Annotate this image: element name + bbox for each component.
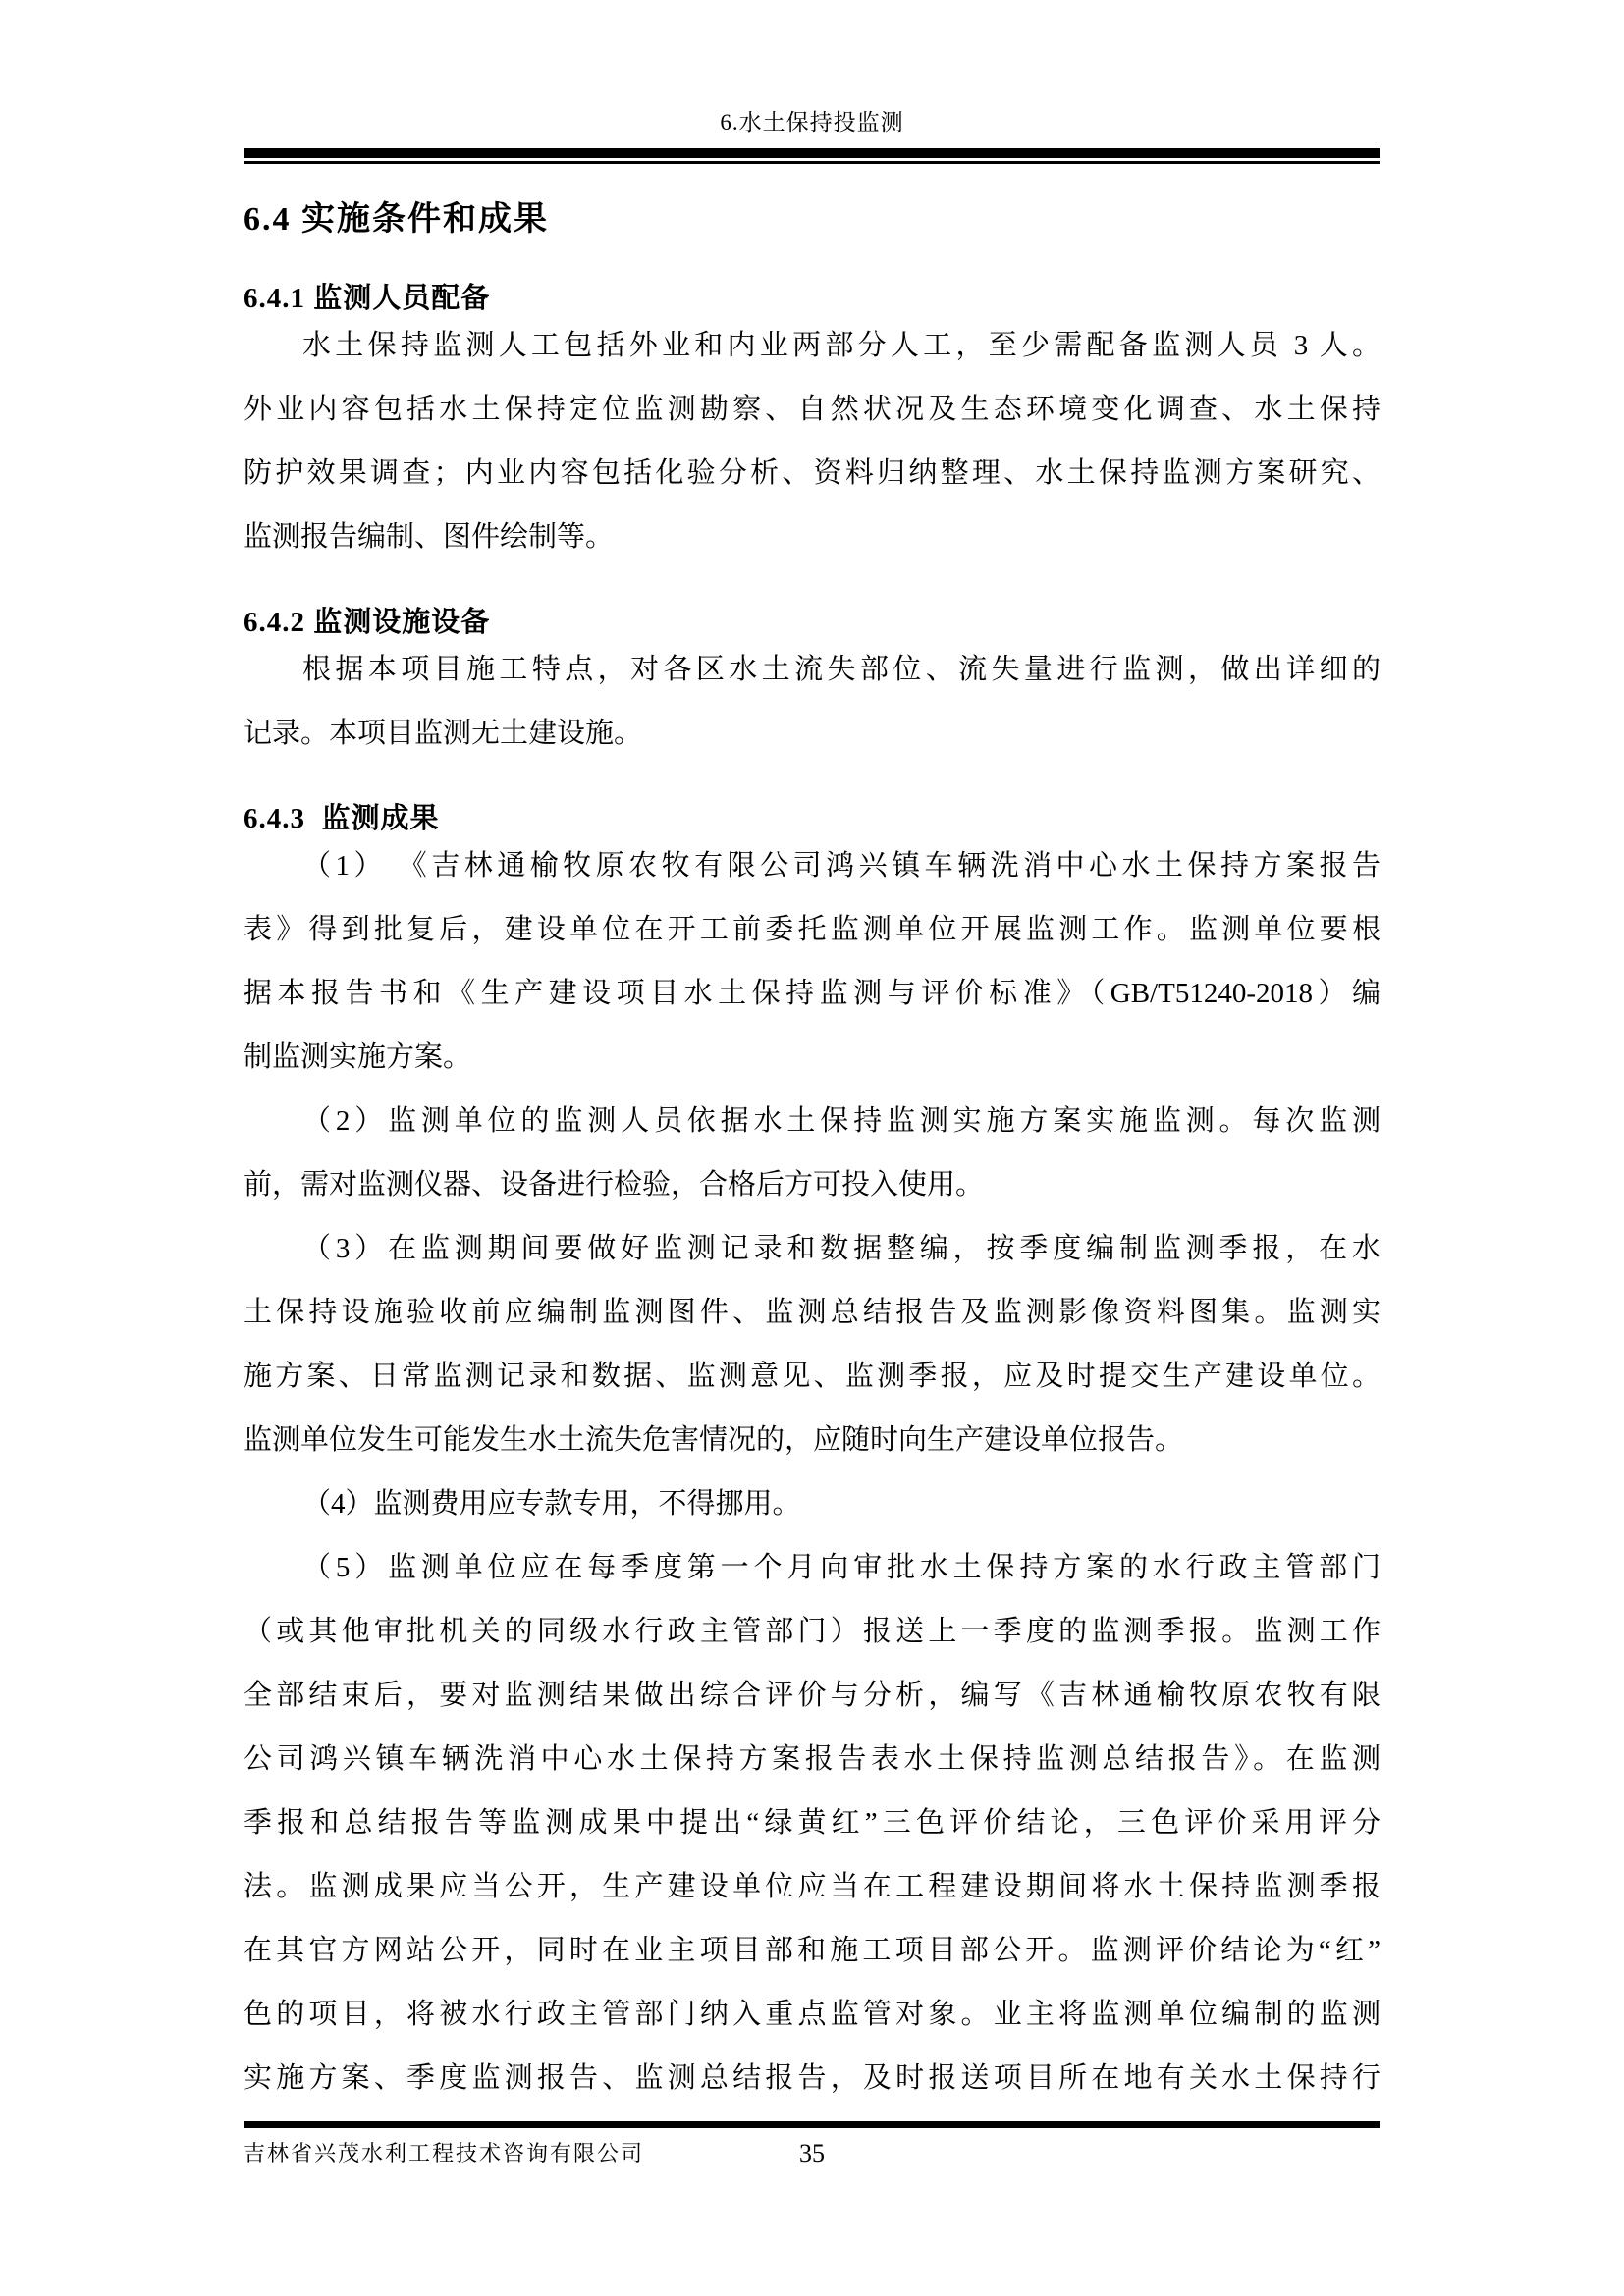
section-heading: 6.4.3 监测成果 [244,800,1380,837]
body-line: （2）监测单位的监测人员依据水土保持监测实施方案实施监测。每次监测 [244,1102,1380,1166]
body-line: 土保持设施验收前应编制监测图件、监测总结报告及监测影像资料图集。监测实 [244,1294,1380,1358]
paragraph: 根据本项目施工特点，对各区水土流失部位、流失量进行监测，做出详细的记录。本项目监… [244,651,1380,778]
body-line: 记录。本项目监测无土建设施。 [244,715,1380,778]
body-line: 监测报告编制、图件绘制等。 [244,518,1380,582]
page-footer: 吉林省兴茂水利工程技术咨询有限公司 35 [244,2137,1380,2170]
body-line: 根据本项目施工特点，对各区水土流失部位、流失量进行监测，做出详细的 [244,651,1380,715]
body-line: 防护效果调查；内业内容包括化验分析、资料归纳整理、水土保持监测方案研究、 [244,454,1380,518]
body-line: （3）在监测期间要做好监测记录和数据整编，按季度编制监测季报，在水 [244,1230,1380,1294]
body-line: （1） 《吉林通榆牧原农牧有限公司鸿兴镇车辆洗消中心水土保持方案报告 [244,847,1380,911]
header-rule-thick [244,148,1380,158]
body-line: 据本报告书和《生产建设项目水土保持监测与评价标准》（GB/T51240-2018… [244,975,1380,1039]
header-rule-thin [244,161,1380,164]
footer-page-number: 35 [244,2137,1380,2170]
section-heading: 6.4.1 监测人员配备 [244,280,1380,317]
body-line: 全部结束后，要对监测结果做出综合评价与分析，编写《吉林通榆牧原农牧有限 [244,1677,1380,1740]
section-title: 6.4 实施条件和成果 [244,199,1380,240]
body-line: 法。监测成果应当公开，生产建设单位应当在工程建设期间将水土保持监测季报 [244,1868,1380,1932]
sections-container: 6.4.1 监测人员配备水土保持监测人工包括外业和内业两部分人工，至少需配备监测… [244,280,1380,2123]
document-page: 6.水土保持投监测 6.4 实施条件和成果 6.4.1 监测人员配备水土保持监测… [0,0,1624,2296]
paragraph: （3）在监测期间要做好监测记录和数据整编，按季度编制监测季报，在水土保持设施验收… [244,1230,1380,1485]
body-line: 实施方案、季度监测报告、监测总结报告，及时报送项目所在地有关水土保持行 [244,2059,1380,2123]
paragraph: （2）监测单位的监测人员依据水土保持监测实施方案实施监测。每次监测前，需对监测仪… [244,1102,1380,1230]
section-heading: 6.4.2 监测设施设备 [244,604,1380,641]
body-line: 外业内容包括水土保持定位监测勘察、自然状况及生态环境变化调查、水土保持 [244,391,1380,454]
paragraph: （5）监测单位应在每季度第一个月向审批水土保持方案的水行政主管部门（或其他审批机… [244,1549,1380,2123]
body-line: 季报和总结报告等监测成果中提出“绿黄红”三色评价结论，三色评价采用评分 [244,1804,1380,1868]
body-line: 表》得到批复后，建设单位在开工前委托监测单位开展监测工作。监测单位要根 [244,911,1380,975]
body-line: 水土保持监测人工包括外业和内业两部分人工，至少需配备监测人员 3 人。 [244,327,1380,391]
body-line: 公司鸿兴镇车辆洗消中心水土保持方案报告表水土保持监测总结报告》。在监测 [244,1740,1380,1804]
paragraph: （1） 《吉林通榆牧原农牧有限公司鸿兴镇车辆洗消中心水土保持方案报告表》得到批复… [244,847,1380,1102]
body-line: （或其他审批机关的同级水行政主管部门）报送上一季度的监测季报。监测工作 [244,1613,1380,1677]
page-content: 6.4 实施条件和成果 6.4.1 监测人员配备水土保持监测人工包括外业和内业两… [244,199,1380,2123]
paragraph: 水土保持监测人工包括外业和内业两部分人工，至少需配备监测人员 3 人。外业内容包… [244,327,1380,582]
footer-rule [244,2121,1380,2128]
body-line: 施方案、日常监测记录和数据、监测意见、监测季报，应及时提交生产建设单位。 [244,1358,1380,1421]
body-line: （4）监测费用应专款专用，不得挪用。 [244,1485,1380,1549]
body-line: 在其官方网站公开，同时在业主项目部和施工项目部公开。监测评价结论为“红” [244,1932,1380,1996]
body-line: （5）监测单位应在每季度第一个月向审批水土保持方案的水行政主管部门 [244,1549,1380,1613]
running-header-title: 6.水土保持投监测 [0,104,1624,136]
body-line: 制监测实施方案。 [244,1039,1380,1102]
body-line: 色的项目，将被水行政主管部门纳入重点监管对象。业主将监测单位编制的监测 [244,1996,1380,2059]
body-line: 监测单位发生可能发生水土流失危害情况的，应随时向生产建设单位报告。 [244,1421,1380,1485]
body-line: 前，需对监测仪器、设备进行检验，合格后方可投入使用。 [244,1166,1380,1230]
paragraph: （4）监测费用应专款专用，不得挪用。 [244,1485,1380,1549]
